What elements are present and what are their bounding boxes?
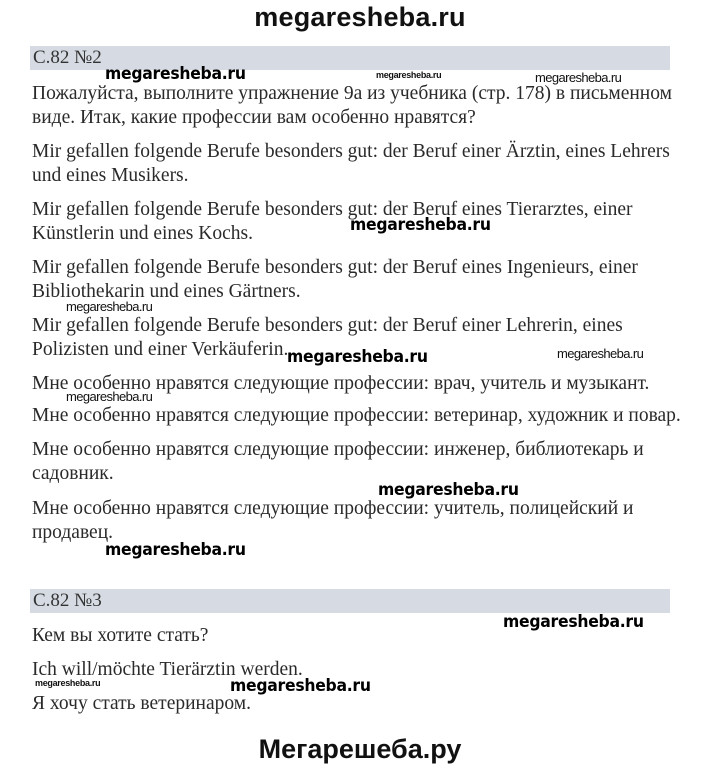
watermark: megaresheba.ru — [535, 70, 621, 85]
watermark: megaresheba.ru — [66, 299, 152, 314]
footer-title: Мегарешеба.ру — [0, 734, 720, 765]
paragraph-answer-ru: Мне особенно нравятся следующие професси… — [32, 438, 682, 486]
watermark: megaresheba.ru — [287, 347, 428, 367]
paragraph-answer-ru: Мне особенно нравятся следующие професси… — [32, 404, 682, 428]
watermark: megaresheba.ru — [35, 678, 100, 688]
paragraph-answer-de: Mir gefallen folgende Berufe besonders g… — [32, 256, 682, 304]
watermark: megaresheba.ru — [503, 612, 644, 632]
watermark: megaresheba.ru — [230, 676, 371, 696]
watermark: megaresheba.ru — [378, 480, 519, 500]
watermark: megaresheba.ru — [350, 215, 491, 235]
section-heading: С.82 №2 — [33, 47, 102, 69]
watermark: megaresheba.ru — [557, 346, 643, 361]
site-title: megaresheba.ru — [0, 2, 720, 33]
paragraph-answer-de: Mir gefallen folgende Berufe besonders g… — [32, 140, 682, 188]
watermark: megaresheba.ru — [66, 389, 152, 404]
paragraph-answer-ru: Мне особенно нравятся следующие професси… — [32, 497, 682, 545]
watermark: megaresheba.ru — [105, 64, 246, 84]
section-heading: С.82 №3 — [33, 590, 102, 612]
watermark: megaresheba.ru — [376, 70, 441, 80]
paragraph-task: Пожалуйста, выполните упражнение 9а из у… — [32, 82, 682, 130]
section-heading-bar: С.82 №3 — [30, 589, 670, 613]
watermark: megaresheba.ru — [105, 540, 246, 560]
